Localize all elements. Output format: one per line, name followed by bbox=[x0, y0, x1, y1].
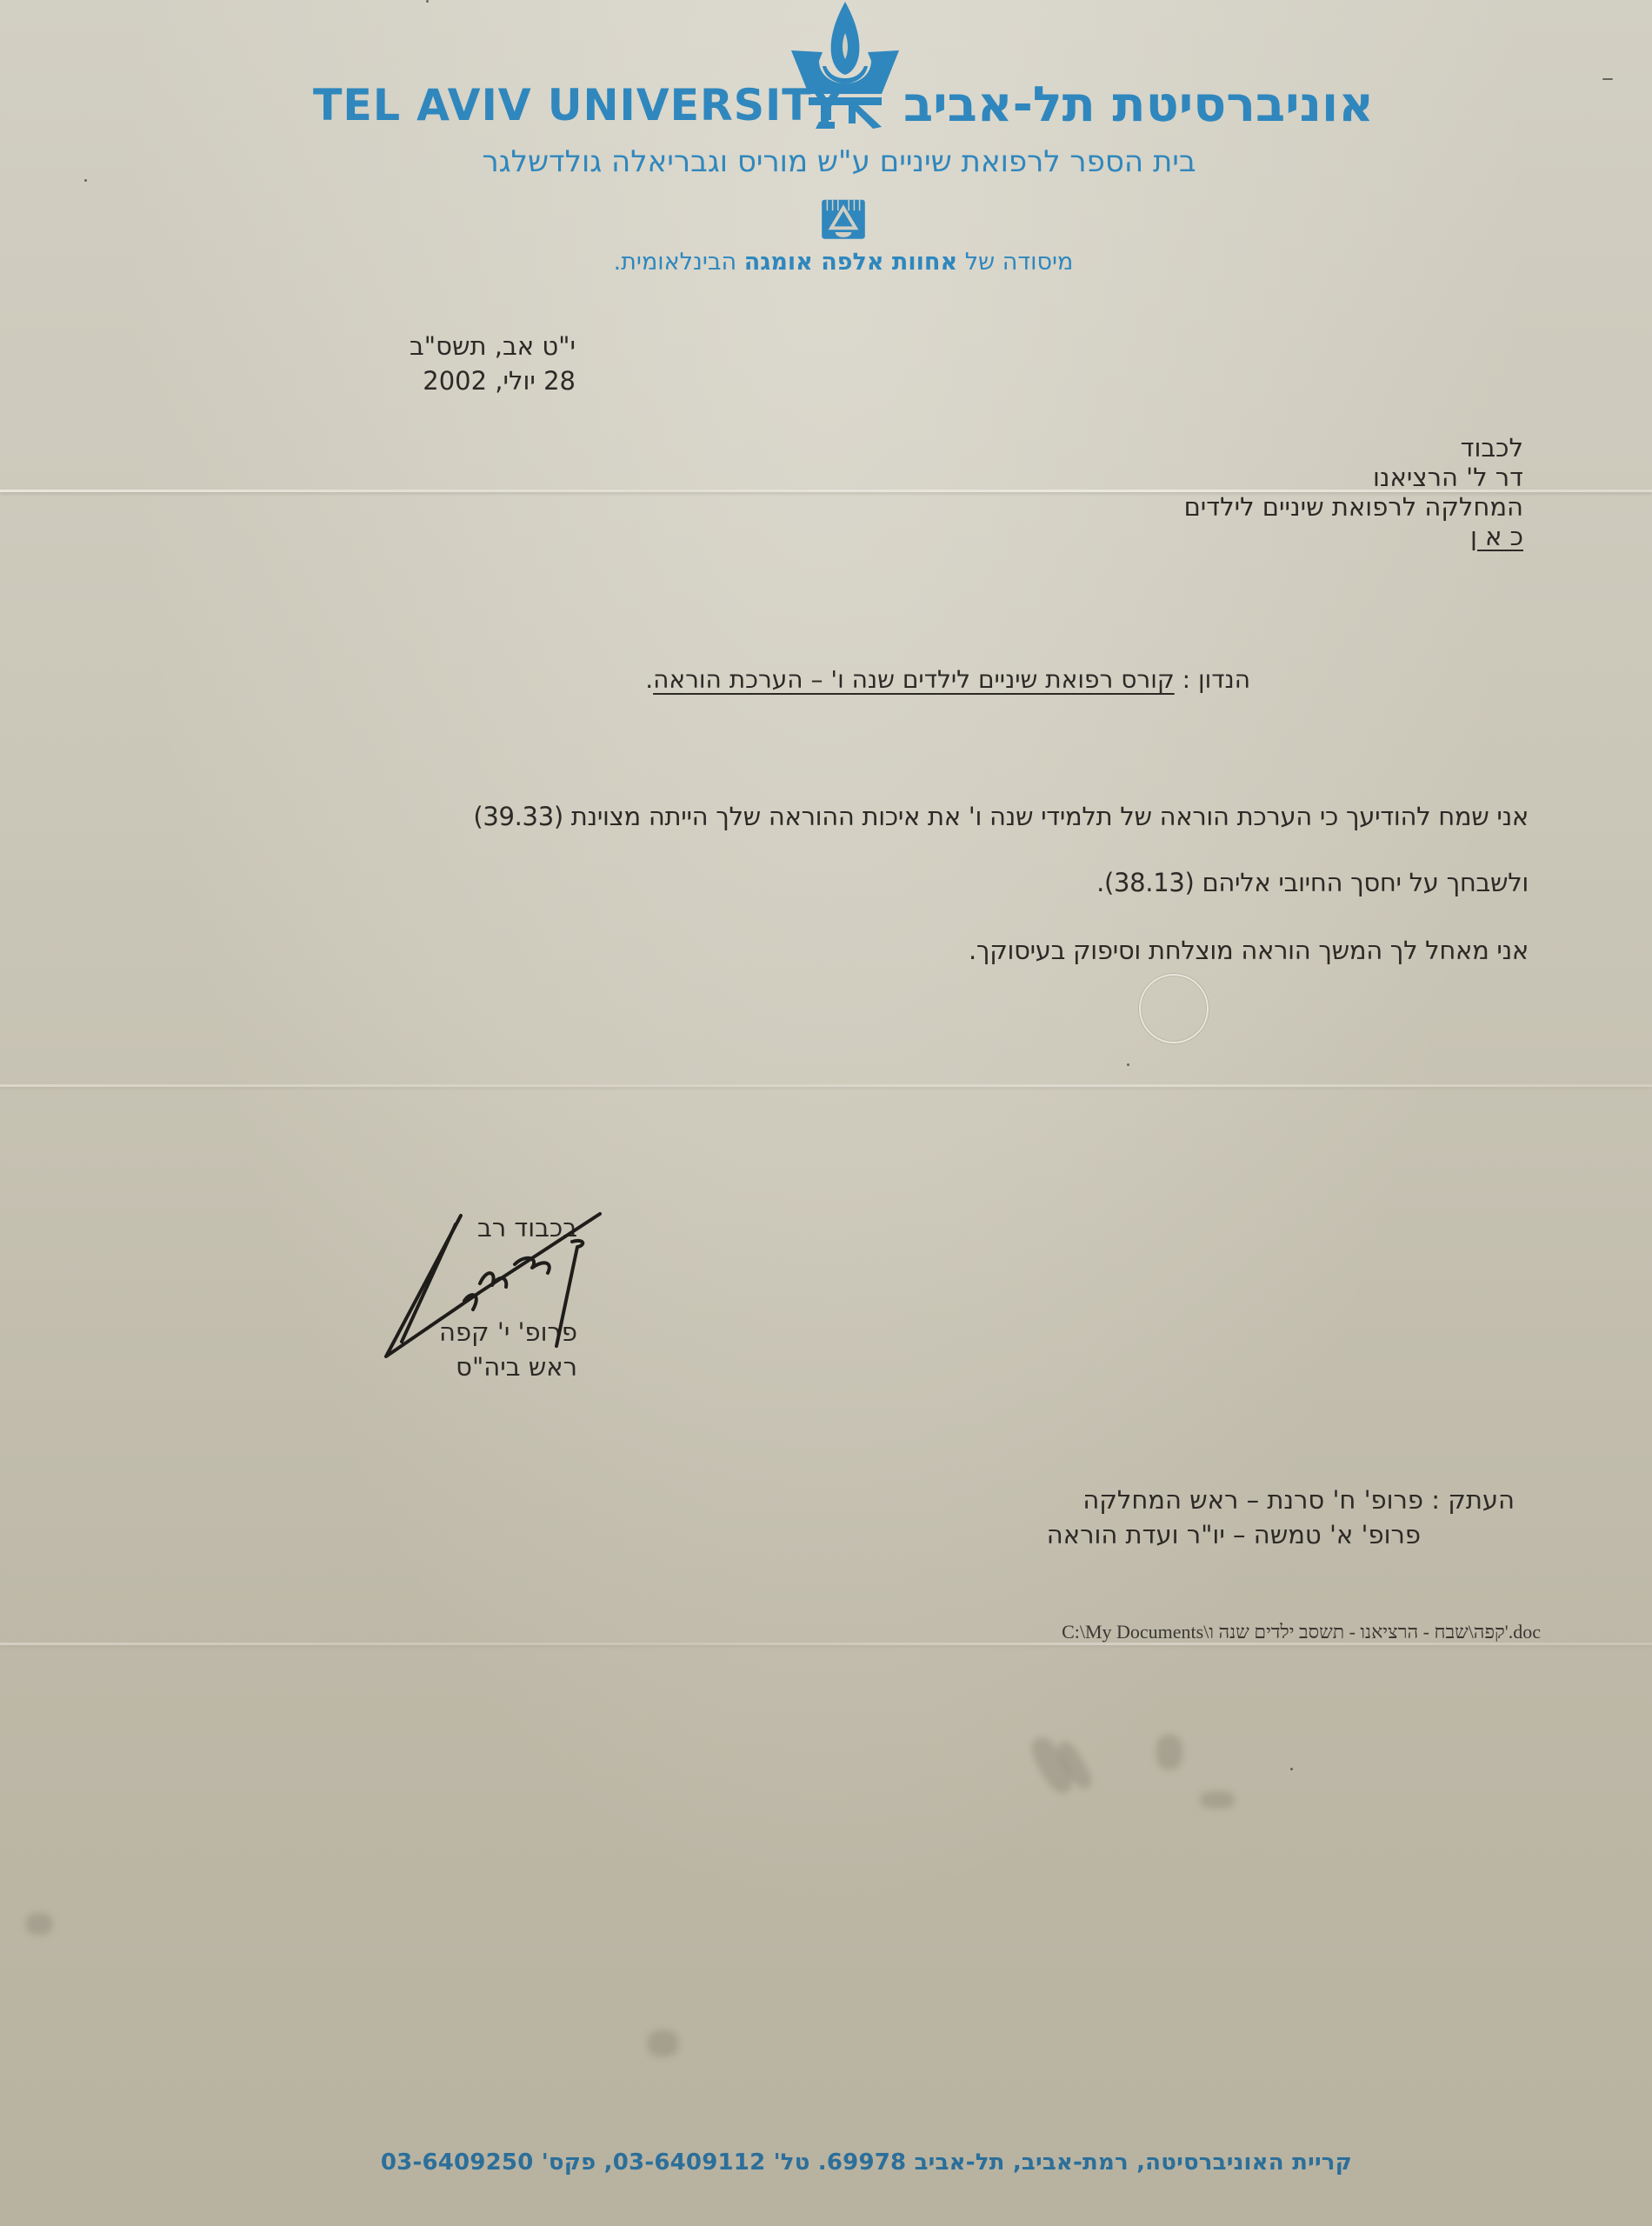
gregorian-date: 28 יולי, 2002 bbox=[410, 363, 576, 398]
recipient-department: המחלקה לרפואת שיניים לילדים bbox=[1184, 492, 1523, 522]
cc-recipient: פרופ' א' טמשה – יו"ר ועדת הוראה bbox=[1047, 1517, 1515, 1552]
ink-smudge bbox=[26, 1913, 52, 1935]
ink-smudge bbox=[1156, 1735, 1182, 1769]
subject-end: . bbox=[645, 665, 653, 694]
fraternity-name: אחוות אלפה אומגה bbox=[744, 249, 957, 276]
tel-aviv-university-emblem-icon bbox=[784, 0, 906, 135]
university-name-english: TEL AVIV UNIVERSITY bbox=[313, 80, 843, 130]
footer-address: קריית האוניברסיטה, רמת-אביב, תל-אביב 699… bbox=[352, 2149, 1352, 2176]
recipient-salutation: לכבוד bbox=[1184, 433, 1523, 463]
paper-speck bbox=[1290, 1768, 1293, 1770]
body-paragraph: אני שמח להודיעך כי הערכת הוראה של תלמידי… bbox=[473, 802, 1529, 831]
founded-by-suffix: הבינלאומית. bbox=[614, 249, 737, 276]
cc-recipient: פרופ' ח' סרנת – ראש המחלקה bbox=[1082, 1485, 1423, 1515]
cc-label: העתק : bbox=[1431, 1485, 1515, 1515]
alpha-omega-fraternity-icon bbox=[816, 193, 870, 247]
paper-speck bbox=[1127, 1063, 1129, 1066]
embossed-seal-mark bbox=[1139, 974, 1209, 1043]
recipient-name: דר ל' הרציאנו bbox=[1184, 463, 1523, 492]
school-name: בית הספר לרפואת שיניים ע"ש מוריס וגבריאל… bbox=[417, 144, 1261, 179]
handwritten-signature bbox=[376, 1207, 610, 1372]
paper-speck bbox=[426, 0, 429, 3]
university-name-hebrew: אוניברסיטת תל-אביב bbox=[903, 77, 1374, 133]
cc-block: העתק : פרופ' ח' סרנת – ראש המחלקה פרופ' … bbox=[1047, 1483, 1515, 1552]
paper-speck bbox=[84, 179, 87, 182]
body-paragraph: אני מאחל לך המשך הוראה מוצלחת וסיפוק בעי… bbox=[969, 936, 1529, 965]
recipient-location: כ א ן bbox=[1470, 522, 1523, 551]
document-file-path: C:\My Documents\קפה\שבח - הרציאנו - תשסב… bbox=[1062, 1621, 1541, 1643]
subject-label: הנדון : bbox=[1182, 665, 1250, 694]
ink-smudge bbox=[1200, 1791, 1235, 1809]
paper-speck bbox=[1602, 78, 1613, 80]
hebrew-date: י"ט אב, תשס"ב bbox=[410, 329, 576, 363]
founded-by-line: מיסודה של אחוות אלפה אומגה הבינלאומית. bbox=[417, 249, 1269, 276]
subject-text: קורס רפואת שיניים לילדים שנה ו' – הערכת … bbox=[653, 665, 1175, 694]
recipient-block: לכבוד דר ל' הרציאנו המחלקה לרפואת שיניים… bbox=[1184, 433, 1523, 551]
paper-fold-line bbox=[0, 1084, 1652, 1087]
founded-by-prefix: מיסודה של bbox=[965, 249, 1074, 276]
letter-date: י"ט אב, תשס"ב 28 יולי, 2002 bbox=[410, 329, 576, 398]
ink-smudge bbox=[648, 2030, 678, 2056]
subject-line: הנדון : קורס רפואת שיניים לילדים שנה ו' … bbox=[645, 665, 1250, 694]
body-paragraph: ולשבחך על יחסך החיובי אליהם (38.13). bbox=[1096, 868, 1529, 897]
